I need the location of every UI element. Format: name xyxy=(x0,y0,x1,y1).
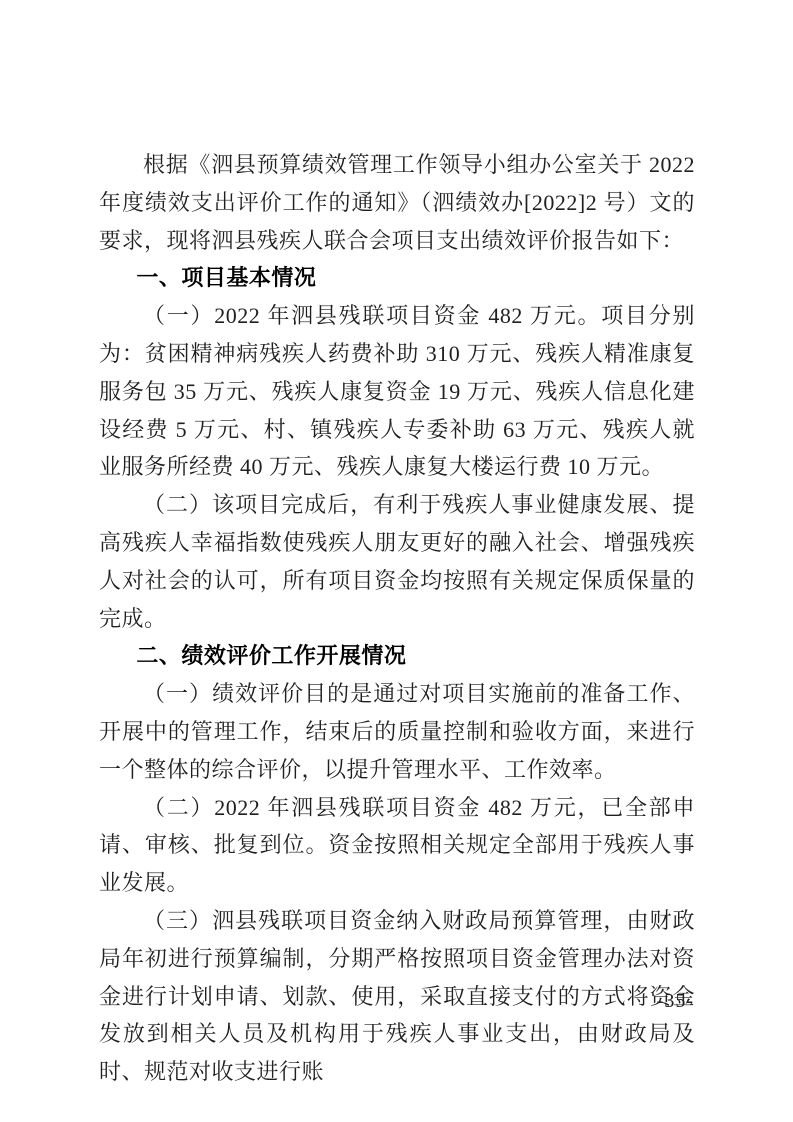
section-2-paragraph-1: （一）绩效评价目的是通过对项目实施前的准备工作、开展中的管理工作，结束后的质量控… xyxy=(99,675,695,788)
section-2-paragraph-3: （三）泗县残联项目资金纳入财政局预算管理，由财政局年初进行预算编制，分期严格按照… xyxy=(99,902,695,1091)
document-page: 根据《泗县预算绩效管理工作领导小组办公室关于 2022 年度绩效支出评价工作的通… xyxy=(0,0,793,1122)
section-1-paragraph-1: （一）2022 年泗县残联项目资金 482 万元。项目分别为：贫困精神病残疾人药… xyxy=(99,297,695,486)
section-1-paragraph-2: （二）该项目完成后，有利于残疾人事业健康发展、提高残疾人幸福指数使残疾人朋友更好… xyxy=(99,486,695,637)
page-number: -35- xyxy=(657,990,694,1013)
section-2-paragraph-2: （二）2022 年泗县残联项目资金 482 万元，已全部申请、审核、批复到位。资… xyxy=(99,789,695,902)
section-1-heading: 一、项目基本情况 xyxy=(99,259,695,297)
intro-paragraph: 根据《泗县预算绩效管理工作领导小组办公室关于 2022 年度绩效支出评价工作的通… xyxy=(99,146,695,259)
section-2-heading: 二、绩效评价工作开展情况 xyxy=(99,637,695,675)
document-body: 根据《泗县预算绩效管理工作领导小组办公室关于 2022 年度绩效支出评价工作的通… xyxy=(99,146,695,1091)
